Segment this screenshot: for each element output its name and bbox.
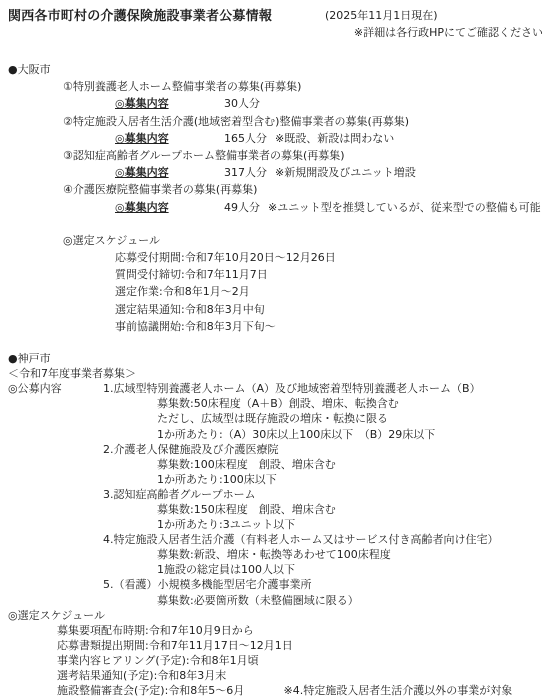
- kobe-heading: ●神戸市: [8, 351, 545, 366]
- as-of-date: (2025年11月1日現在): [325, 7, 438, 23]
- kobe-offering-title-5: 5.（看護）小規模多機能型居宅介護事業所: [8, 577, 545, 592]
- kobe-offering-title-4: 4.特定施設入居者生活介護（有料老人ホーム又はサービス付き高齢者向け住宅）: [8, 532, 545, 547]
- recruitment-capacity: 165人分: [224, 130, 267, 147]
- kobe-offering-title-1: 1.広域型特別養護老人ホーム（A）及び地域密着型特別養護老人ホーム（B）: [103, 381, 481, 396]
- osaka-schedule-item: 応募受付期間:令和7年10月20日～12月26日: [8, 249, 545, 266]
- osaka-schedule-item: 選定結果通知:令和8年3月中旬: [8, 301, 545, 318]
- kobe-offering-title-3: 3.認知症高齢者グループホーム: [8, 487, 545, 502]
- spacer: [8, 216, 545, 232]
- recruitment-content-label: ◎募集内容: [115, 95, 224, 112]
- recruitment-content-label: ◎募集内容: [115, 164, 224, 181]
- kobe-offerings-row-1: ◎公募内容 1.広域型特別養護老人ホーム（A）及び地域密着型特別養護老人ホーム（…: [8, 381, 545, 396]
- page-title: 関西各市町村の介護保険施設事業者公募情報: [8, 9, 272, 24]
- osaka-recruitment-content-2: ◎募集内容 165人分 ※既設、新設は問わない: [8, 130, 545, 147]
- kobe-offering-detail: 募集数:新設、増床・転換等あわせて100床程度: [8, 547, 545, 562]
- recruitment-capacity: 30人分: [224, 95, 260, 112]
- kobe-offering-detail: ただし、広域型は既存施設の増床・転換に限る: [8, 411, 545, 426]
- kobe-offering-detail: 募集数:50床程度（A＋B）創設、増床、転換含む: [8, 396, 545, 411]
- document-page: 関西各市町村の介護保険施設事業者公募情報 (2025年11月1日現在) ※詳細は…: [0, 0, 553, 696]
- kobe-offerings-label: ◎公募内容: [8, 381, 103, 396]
- disclaimer-note: ※詳細は各行政HPにてご確認ください: [8, 25, 545, 41]
- kobe-schedule-heading: ◎選定スケジュール: [8, 608, 545, 623]
- section-osaka: ●大阪市 ①特別養護老人ホーム整備事業者の募集(再募集) ◎募集内容 30人分 …: [8, 61, 545, 335]
- kobe-schedule-item: 選考結果通知(予定):令和8年3月末: [8, 668, 545, 683]
- osaka-recruitment-title-2: ②特定施設入居者生活介護(地域密着型含む)整備事業者の募集(再募集): [8, 113, 545, 130]
- kobe-subtitle: ＜令和7年度事業者募集＞: [8, 366, 545, 381]
- recruitment-content-label: ◎募集内容: [115, 130, 224, 147]
- kobe-offering-detail: 募集数:100床程度 創設、増床含む: [8, 457, 545, 472]
- kobe-offering-detail: 1か所あたり:（A）30床以上100床以下 （B）29床以下: [8, 427, 545, 442]
- recruitment-note: ※ユニット型を推奨しているが、従来型での整備も可能: [268, 199, 541, 216]
- document-header: 関西各市町村の介護保険施設事業者公募情報 (2025年11月1日現在): [8, 5, 545, 23]
- kobe-offering-detail: 募集数:必要箇所数（未整備圏域に限る）: [8, 593, 545, 608]
- recruitment-capacity: 317人分: [224, 164, 267, 181]
- kobe-schedule-item: 応募書類提出期間:令和7年11月17日～12月1日: [8, 638, 545, 653]
- osaka-recruitment-title-1: ①特別養護老人ホーム整備事業者の募集(再募集): [8, 78, 545, 95]
- recruitment-note: ※既設、新設は問わない: [275, 130, 394, 147]
- recruitment-capacity: 49人分: [224, 199, 260, 216]
- kobe-schedule-item: 事業内容ヒアリング(予定):令和8年1月頃: [8, 653, 545, 668]
- osaka-heading: ●大阪市: [8, 61, 545, 78]
- osaka-schedule-item: 事前協議開始:令和8年3月下旬～: [8, 318, 545, 335]
- osaka-schedule-heading: ◎選定スケジュール: [8, 232, 545, 249]
- kobe-offering-detail: 1施設の総定員は100人以下: [8, 562, 545, 577]
- osaka-schedule-item: 質問受付締切:令和7年11月7日: [8, 266, 545, 283]
- kobe-schedule-item: 施設整備審査会(予定):令和8年5～6月: [57, 683, 280, 696]
- recruitment-content-label: ◎募集内容: [115, 199, 224, 216]
- section-kobe: ●神戸市 ＜令和7年度事業者募集＞ ◎公募内容 1.広域型特別養護老人ホーム（A…: [8, 351, 545, 696]
- osaka-recruitment-title-4: ④介護医療院整備事業者の募集(再募集): [8, 181, 545, 198]
- osaka-recruitment-content-4: ◎募集内容 49人分 ※ユニット型を推奨しているが、従来型での整備も可能: [8, 199, 545, 216]
- osaka-schedule-item: 選定作業:令和8年1月～2月: [8, 283, 545, 300]
- osaka-recruitment-content-3: ◎募集内容 317人分 ※新規開設及びユニット増設: [8, 164, 545, 181]
- kobe-offering-detail: 1か所あたり:3ユニット以下: [8, 517, 545, 532]
- kobe-schedule-item-last: 施設整備審査会(予定):令和8年5～6月 ※4.特定施設入居者生活介護以外の事業…: [8, 683, 545, 696]
- kobe-schedule-final-note: ※4.特定施設入居者生活介護以外の事業が対象: [284, 684, 513, 696]
- recruitment-note: ※新規開設及びユニット増設: [275, 164, 416, 181]
- kobe-schedule-item: 募集要項配布時期:令和7年10月9日から: [8, 623, 545, 638]
- kobe-offering-title-2: 2.介護老人保健施設及び介護医療院: [8, 442, 545, 457]
- osaka-recruitment-content-1: ◎募集内容 30人分: [8, 95, 545, 112]
- kobe-offering-detail: 募集数:150床程度 創設、増床含む: [8, 502, 545, 517]
- kobe-offering-detail: 1か所あたり:100床以下: [8, 472, 545, 487]
- osaka-recruitment-title-3: ③認知症高齢者グループホーム整備事業者の募集(再募集): [8, 147, 545, 164]
